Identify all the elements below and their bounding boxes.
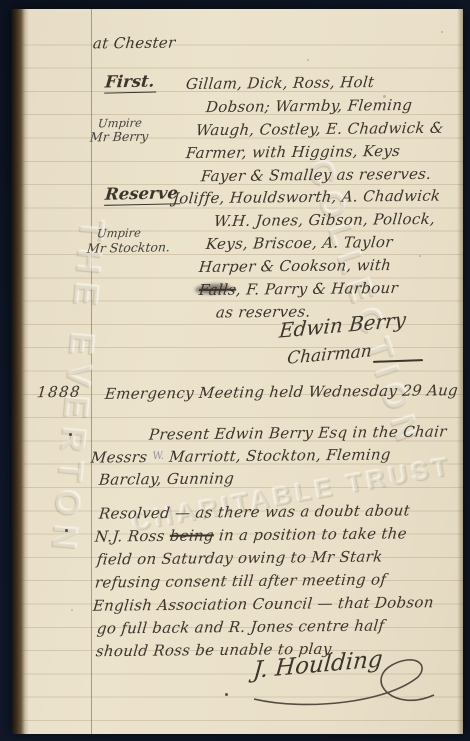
- resolution-line: N.J. Ross being in a position to take th…: [94, 525, 407, 545]
- margin-ink-dot: [69, 433, 72, 436]
- margin-ink-dot: [65, 529, 68, 532]
- present-post: Marriott, Stockton, Fleming: [163, 445, 391, 465]
- meeting-heading: Emergency Meeting held Wednesday 29 Aug: [104, 382, 459, 402]
- ink-speck: [225, 693, 228, 696]
- resolution-line: English Association Council — that Dobso…: [92, 594, 434, 614]
- umpire-label-reserve: Umpire: [96, 227, 141, 240]
- ledger-page: THE EVERTON COLLECTION CHARITABLE TRUST …: [11, 9, 463, 734]
- resolution-line: Resolved — as there was a doubt about: [98, 502, 411, 522]
- present-line: Present Edwin Berry Esq in the Chair: [148, 423, 447, 443]
- struck-word: being: [169, 526, 215, 544]
- resolution-line: go full back and R. Jones centre half: [96, 617, 385, 637]
- margin-rule-line: [91, 9, 92, 734]
- first-team-line: Gillam, Dick, Ross, Holt: [185, 74, 375, 92]
- reserve-team-line: Joliffe, Houldsworth, A. Chadwick: [172, 188, 441, 207]
- first-team-line: Fayer & Smalley as reserves.: [200, 166, 432, 185]
- reserve-team-heading: Reserve: [104, 184, 181, 206]
- location-line: at Chester: [92, 35, 176, 52]
- umpire-name-first: Mr Berry: [89, 129, 149, 144]
- resolution-post: in a position to take the: [213, 524, 408, 544]
- first-team-line: Dobson; Warmby, Fleming: [205, 97, 413, 116]
- reserve-team-line: W.H. Jones, Gibson, Pollock,: [213, 211, 436, 230]
- foxing-speck: [441, 31, 443, 33]
- reserve-team-line: Keys, Briscoe, A. Taylor: [205, 234, 393, 252]
- present-line: Messrs W. Marriott, Stockton, Fleming: [90, 446, 391, 466]
- present-pre: Messrs: [90, 448, 153, 467]
- first-team-line: Waugh, Costley, E. Chadwick &: [195, 120, 444, 139]
- reserve-team-line: Harper & Cookson, with: [198, 257, 392, 276]
- foxing-speck: [71, 609, 73, 611]
- reserve-line-rest: , F. Parry & Harbour: [235, 279, 399, 299]
- foxing-speck: [419, 255, 421, 257]
- present-line: Barclay, Gunning: [98, 470, 235, 488]
- resolution-line: field on Saturday owing to Mr Stark: [96, 548, 383, 568]
- first-team-line: Farmer, with Higgins, Keys: [185, 143, 401, 162]
- foxing-speck: [307, 59, 309, 61]
- page-fore-edge: [457, 9, 463, 734]
- struck-word: Falls: [198, 281, 237, 299]
- umpire-name-reserve: Mr Stockton.: [86, 240, 170, 255]
- resolution-pre: N.J. Ross: [94, 527, 171, 546]
- year-label: 1888: [36, 384, 82, 401]
- first-team-heading: First.: [104, 72, 158, 93]
- reserve-team-line: Falls, F. Parry & Harbour: [198, 280, 399, 299]
- resolution-line: refusing consent till after meeting of: [94, 571, 387, 591]
- binding-edge: [11, 9, 29, 734]
- photograph-background: THE EVERTON COLLECTION CHARITABLE TRUST …: [0, 0, 470, 741]
